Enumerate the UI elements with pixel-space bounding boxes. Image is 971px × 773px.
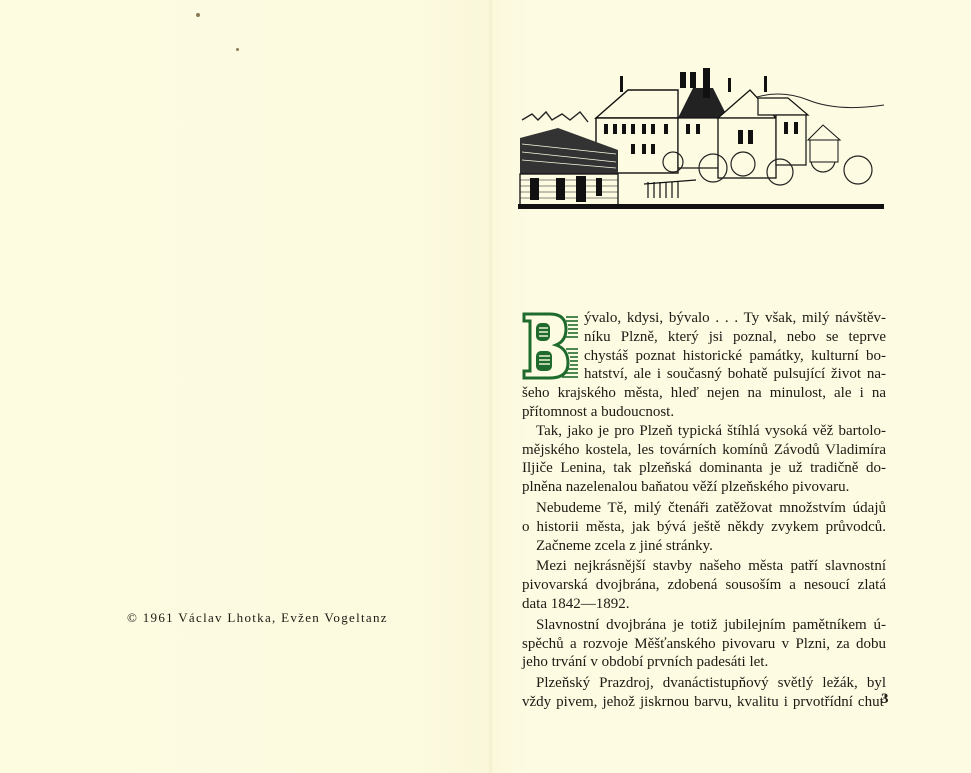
- text-line: přítomnost a budoucnost.: [522, 403, 886, 422]
- text-line: data 1842—1892.: [522, 595, 886, 614]
- text-line: Začneme zcela z jiné stránky.: [522, 537, 886, 556]
- paper-speck: [236, 48, 239, 51]
- left-page: © 1961 Václav Lhotka, Evžen Vogeltanz: [0, 0, 492, 773]
- text-line: Mezi nejkrásnější stavby našeho města pa…: [522, 557, 886, 576]
- text-line: šeho krajského města, hleď nejen na minu…: [522, 384, 886, 403]
- text-line: vždy pivem, jehož jiskrnou barvu, kvalit…: [522, 693, 886, 712]
- paragraph-2: Tak, jako je pro Plzeň typická štíhlá vy…: [522, 422, 886, 497]
- text-line: plněna nazelenalou baňatou věží plzeňské…: [522, 478, 886, 497]
- paragraph-7: Plzeňský Prazdroj, dvanáctistupňový svět…: [522, 674, 886, 712]
- paragraph-3: Nebudeme Tě, milý čtenáři zatěžovat množ…: [522, 499, 886, 537]
- text-line: mějského kostela, les továrních komínů Z…: [522, 441, 886, 460]
- woodcut-illustration: [518, 60, 884, 210]
- text-line: spěchů a rozvoje Měšťanského pivovaru v …: [522, 635, 886, 654]
- text-line: Iljiče Lenina, tak plzeňská dominanta je…: [522, 459, 886, 478]
- drop-cap-b: [522, 311, 578, 381]
- page-number: 3: [881, 691, 889, 708]
- paragraph-4: Začneme zcela z jiné stránky.: [522, 537, 886, 556]
- paragraph-5: Mezi nejkrásnější stavby našeho města pa…: [522, 557, 886, 613]
- text-line: jeho trvání v období prvních padesáti le…: [522, 653, 886, 672]
- paper-speck: [196, 13, 200, 17]
- text-line: Nebudeme Tě, milý čtenáři zatěžovat množ…: [522, 499, 886, 518]
- text-line: pivovarská dvojbrána, zdobená sousoším a…: [522, 576, 886, 595]
- copyright-notice: © 1961 Václav Lhotka, Evžen Vogeltanz: [127, 610, 388, 626]
- paragraph-6: Slavnostní dvojbrána je totiž jubilejním…: [522, 616, 886, 672]
- text-line: Tak, jako je pro Plzeň typická štíhlá vy…: [522, 422, 886, 441]
- body-text: ývalo, kdysi, bývalo . . . Ty však, milý…: [522, 309, 886, 712]
- text-line: Slavnostní dvojbrána je totiž jubilejním…: [522, 616, 886, 635]
- book-spread: © 1961 Václav Lhotka, Evžen Vogeltanz: [0, 0, 971, 773]
- text-line: o historii města, jak bývá ještě někdy z…: [522, 518, 886, 537]
- text-line: Plzeňský Prazdroj, dvanáctistupňový svět…: [522, 674, 886, 693]
